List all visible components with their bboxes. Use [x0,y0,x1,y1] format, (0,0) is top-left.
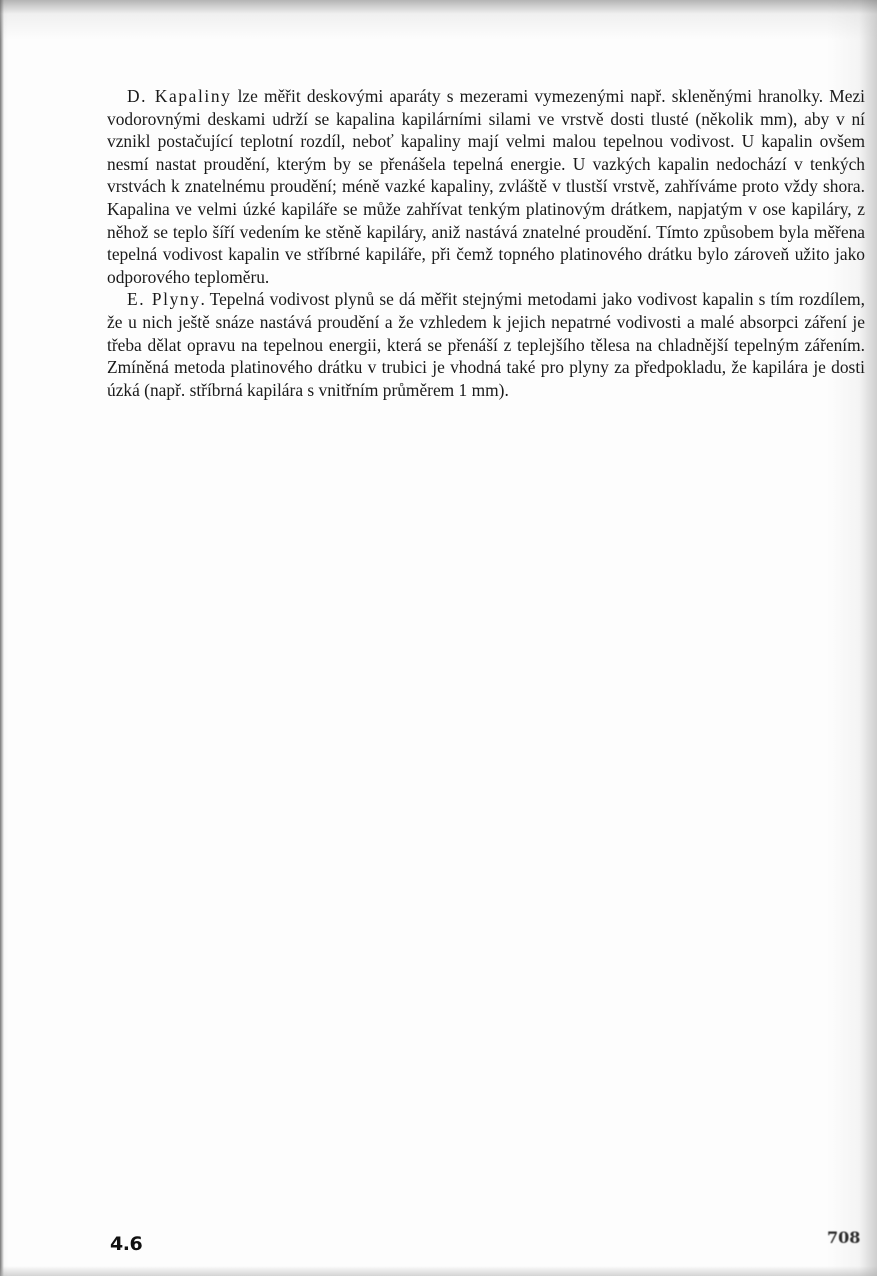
paragraph-text: lze měřit deskovými aparáty s mezerami v… [107,86,865,287]
page-number: 708 [827,1228,860,1247]
paragraph-e-gases: E. Plyny. Tepelná vodivost plynů se dá m… [107,288,865,401]
paragraph-text: . Tepelná vodivost plynů se dá měřit ste… [107,289,865,399]
paragraph-d-liquids: D. Kapaliny lze měřit deskovými aparáty … [107,85,865,288]
scanned-page: D. Kapaliny lze měřit deskovými aparáty … [0,0,877,1276]
section-number: 4.6 [110,1233,142,1255]
paragraph-lead: E. Plyny [127,289,201,309]
paragraph-lead: D. Kapaliny [127,86,231,106]
scan-edge-shadow [0,1266,877,1276]
body-text: D. Kapaliny lze měřit deskovými aparáty … [107,85,865,401]
